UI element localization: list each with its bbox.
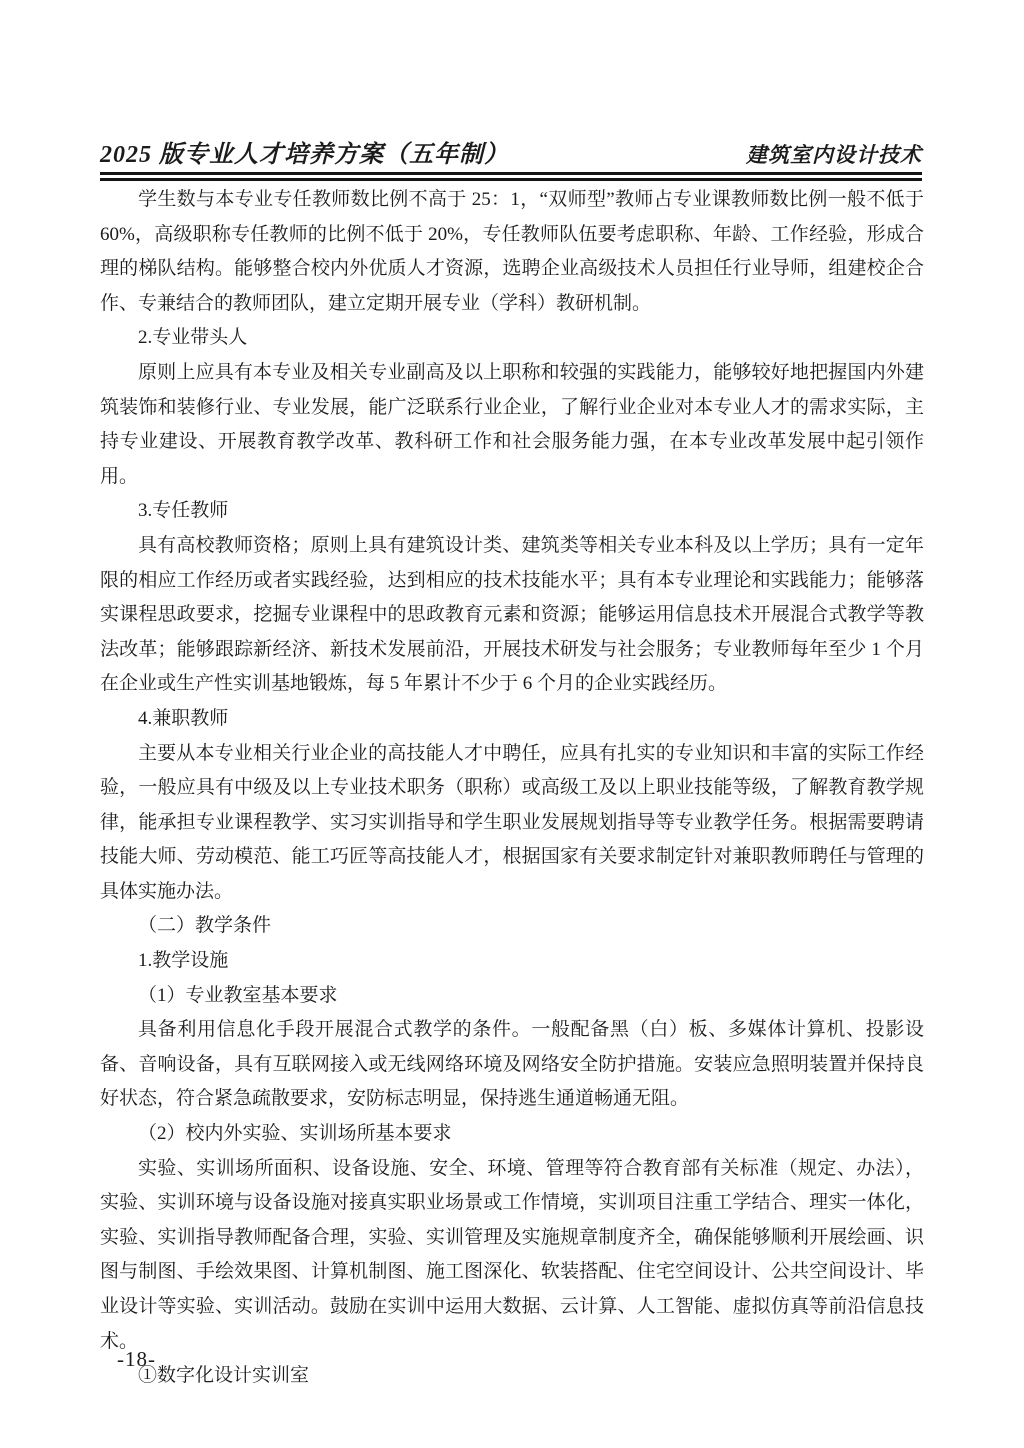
paragraph-5: 具有高校教师资格；原则上具有建筑设计类、建筑类等相关专业本科及以上学历；具有一定… (100, 529, 924, 702)
paragraph-11: 具备利用信息化手段开展混合式教学的条件。一般配备黑（白）板、多媒体计算机、投影设… (100, 1013, 924, 1117)
heading-10: （1）专业教室基本要求 (100, 979, 924, 1014)
header-double-rule (100, 172, 922, 181)
heading-8: （二）教学条件 (100, 909, 924, 944)
page-header: 2025 版专业人才培养方案（五年制） 建筑室内设计技术 (100, 134, 922, 169)
document-page: 2025 版专业人才培养方案（五年制） 建筑室内设计技术 学生数与本专业专任教师… (0, 0, 1024, 1448)
heading-4: 3.专任教师 (100, 494, 924, 529)
page-number: -18- (117, 1347, 156, 1372)
paragraph-7: 主要从本专业相关行业企业的高技能人才中聘任，应具有扎实的专业知识和丰富的实际工作… (100, 737, 924, 910)
heading-2: 2.专业带头人 (100, 321, 924, 356)
heading-9: 1.教学设施 (100, 944, 924, 979)
header-left-title: 2025 版专业人才培养方案（五年制） (100, 134, 509, 169)
paragraph-3: 原则上应具有本专业及相关专业副高及以上职称和较强的实践能力，能够较好地把握国内外… (100, 356, 924, 494)
paragraph-13: 实验、实训场所面积、设备设施、安全、环境、管理等符合教育部有关标准（规定、办法）… (100, 1152, 924, 1360)
heading-12: （2）校内外实验、实训场所基本要求 (100, 1117, 924, 1152)
header-right-title: 建筑室内设计技术 (746, 139, 922, 169)
paragraph-1: 学生数与本专业专任教师数比例不高于 25：1，“双师型”教师占专业课教师数比例一… (100, 183, 924, 321)
heading-14: ①数字化设计实训室 (100, 1359, 924, 1394)
heading-6: 4.兼职教师 (100, 702, 924, 737)
document-body: 学生数与本专业专任教师数比例不高于 25：1，“双师型”教师占专业课教师数比例一… (100, 183, 924, 1394)
